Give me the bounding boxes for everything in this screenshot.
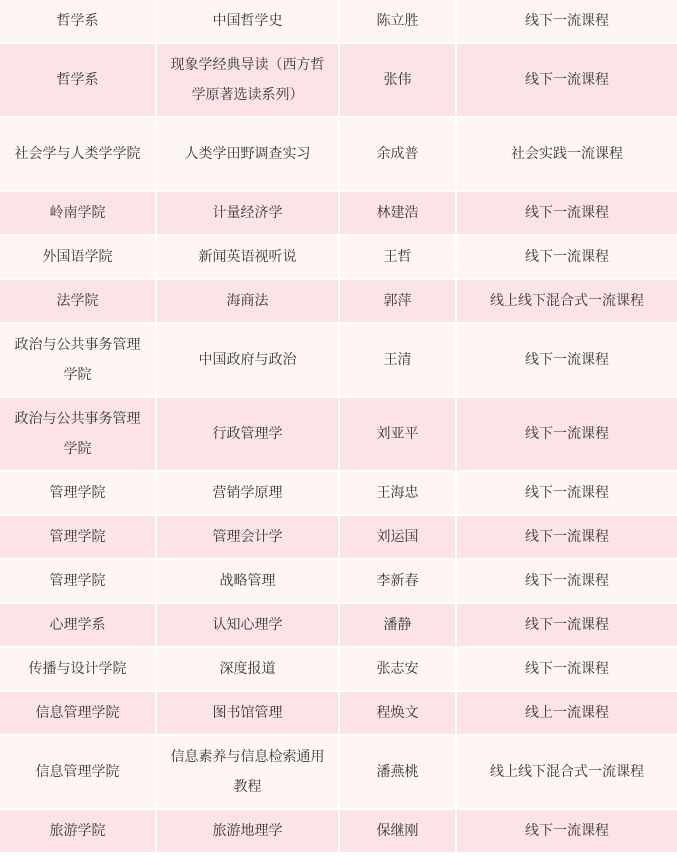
course-type-cell: 线下一流课程 xyxy=(457,648,677,692)
course-type-cell: 线下一流课程 xyxy=(457,472,677,516)
teacher-cell: 潘燕桃 xyxy=(340,736,457,810)
college-cell: 心理学系 xyxy=(0,604,157,648)
course-type-cell: 线下一流课程 xyxy=(457,810,677,854)
table-row: 岭南学院 计量经济学 林建浩 线下一流课程 xyxy=(0,192,677,236)
table-row: 政治与公共事务管理学院 中国政府与政治 王清 线下一流课程 xyxy=(0,324,677,398)
teacher-cell: 张志安 xyxy=(340,648,457,692)
course-type-cell: 社会实践一流课程 xyxy=(457,118,677,192)
course-cell: 中国政府与政治 xyxy=(157,324,340,398)
college-cell: 管理学院 xyxy=(0,472,157,516)
teacher-cell: 王海忠 xyxy=(340,472,457,516)
table-row: 法学院 海商法 郭萍 线上线下混合式一流课程 xyxy=(0,280,677,324)
course-cell: 战略管理 xyxy=(157,560,340,604)
college-cell: 哲学系 xyxy=(0,44,157,118)
course-type-cell: 线下一流课程 xyxy=(457,604,677,648)
courses-table: 哲学系 中国哲学史 陈立胜 线下一流课程 哲学系 现象学经典导读（西方哲学原著选… xyxy=(0,0,677,854)
course-type-cell: 线上线下混合式一流课程 xyxy=(457,280,677,324)
teacher-cell: 王哲 xyxy=(340,236,457,280)
course-type-cell: 线上线下混合式一流课程 xyxy=(457,736,677,810)
course-type-cell: 线下一流课程 xyxy=(457,0,677,44)
table-row: 社会学与人类学学院 人类学田野调查实习 余成普 社会实践一流课程 xyxy=(0,118,677,192)
college-cell: 管理学院 xyxy=(0,516,157,560)
course-cell: 中国哲学史 xyxy=(157,0,340,44)
college-cell: 信息管理学院 xyxy=(0,692,157,736)
course-type-cell: 线下一流课程 xyxy=(457,324,677,398)
course-type-cell: 线下一流课程 xyxy=(457,192,677,236)
college-cell: 法学院 xyxy=(0,280,157,324)
table-row: 信息管理学院 信息素养与信息检索通用教程 潘燕桃 线上线下混合式一流课程 xyxy=(0,736,677,810)
course-cell: 图书馆管理 xyxy=(157,692,340,736)
teacher-cell: 陈立胜 xyxy=(340,0,457,44)
teacher-cell: 郭萍 xyxy=(340,280,457,324)
course-cell: 现象学经典导读（西方哲学原著选读系列） xyxy=(157,44,340,118)
course-cell: 人类学田野调查实习 xyxy=(157,118,340,192)
course-cell: 旅游地理学 xyxy=(157,810,340,854)
teacher-cell: 保继刚 xyxy=(340,810,457,854)
course-type-cell: 线下一流课程 xyxy=(457,44,677,118)
teacher-cell: 刘运国 xyxy=(340,516,457,560)
teacher-cell: 王清 xyxy=(340,324,457,398)
course-type-cell: 线下一流课程 xyxy=(457,236,677,280)
course-cell: 新闻英语视听说 xyxy=(157,236,340,280)
table-row: 管理学院 战略管理 李新春 线下一流课程 xyxy=(0,560,677,604)
college-cell: 岭南学院 xyxy=(0,192,157,236)
college-cell: 信息管理学院 xyxy=(0,736,157,810)
course-type-cell: 线下一流课程 xyxy=(457,560,677,604)
teacher-cell: 刘亚平 xyxy=(340,398,457,472)
course-cell: 行政管理学 xyxy=(157,398,340,472)
table-row: 管理学院 营销学原理 王海忠 线下一流课程 xyxy=(0,472,677,516)
college-cell: 传播与设计学院 xyxy=(0,648,157,692)
teacher-cell: 余成普 xyxy=(340,118,457,192)
course-cell: 管理会计学 xyxy=(157,516,340,560)
course-type-cell: 线下一流课程 xyxy=(457,516,677,560)
teacher-cell: 张伟 xyxy=(340,44,457,118)
course-cell: 信息素养与信息检索通用教程 xyxy=(157,736,340,810)
course-cell: 深度报道 xyxy=(157,648,340,692)
college-cell: 管理学院 xyxy=(0,560,157,604)
college-cell: 哲学系 xyxy=(0,0,157,44)
course-cell: 计量经济学 xyxy=(157,192,340,236)
table-row: 信息管理学院 图书馆管理 程焕文 线上一流课程 xyxy=(0,692,677,736)
table-row: 传播与设计学院 深度报道 张志安 线下一流课程 xyxy=(0,648,677,692)
teacher-cell: 李新春 xyxy=(340,560,457,604)
course-cell: 海商法 xyxy=(157,280,340,324)
course-type-cell: 线上一流课程 xyxy=(457,692,677,736)
table-row: 旅游学院 旅游地理学 保继刚 线下一流课程 xyxy=(0,810,677,854)
teacher-cell: 程焕文 xyxy=(340,692,457,736)
teacher-cell: 林建浩 xyxy=(340,192,457,236)
college-cell: 外国语学院 xyxy=(0,236,157,280)
course-cell: 认知心理学 xyxy=(157,604,340,648)
table-row: 哲学系 中国哲学史 陈立胜 线下一流课程 xyxy=(0,0,677,44)
college-cell: 旅游学院 xyxy=(0,810,157,854)
college-cell: 政治与公共事务管理学院 xyxy=(0,324,157,398)
table-row: 外国语学院 新闻英语视听说 王哲 线下一流课程 xyxy=(0,236,677,280)
course-cell: 营销学原理 xyxy=(157,472,340,516)
teacher-cell: 潘静 xyxy=(340,604,457,648)
table-row: 心理学系 认知心理学 潘静 线下一流课程 xyxy=(0,604,677,648)
table-row: 管理学院 管理会计学 刘运国 线下一流课程 xyxy=(0,516,677,560)
college-cell: 政治与公共事务管理学院 xyxy=(0,398,157,472)
table-row: 哲学系 现象学经典导读（西方哲学原著选读系列） 张伟 线下一流课程 xyxy=(0,44,677,118)
course-type-cell: 线下一流课程 xyxy=(457,398,677,472)
college-cell: 社会学与人类学学院 xyxy=(0,118,157,192)
table-row: 政治与公共事务管理学院 行政管理学 刘亚平 线下一流课程 xyxy=(0,398,677,472)
